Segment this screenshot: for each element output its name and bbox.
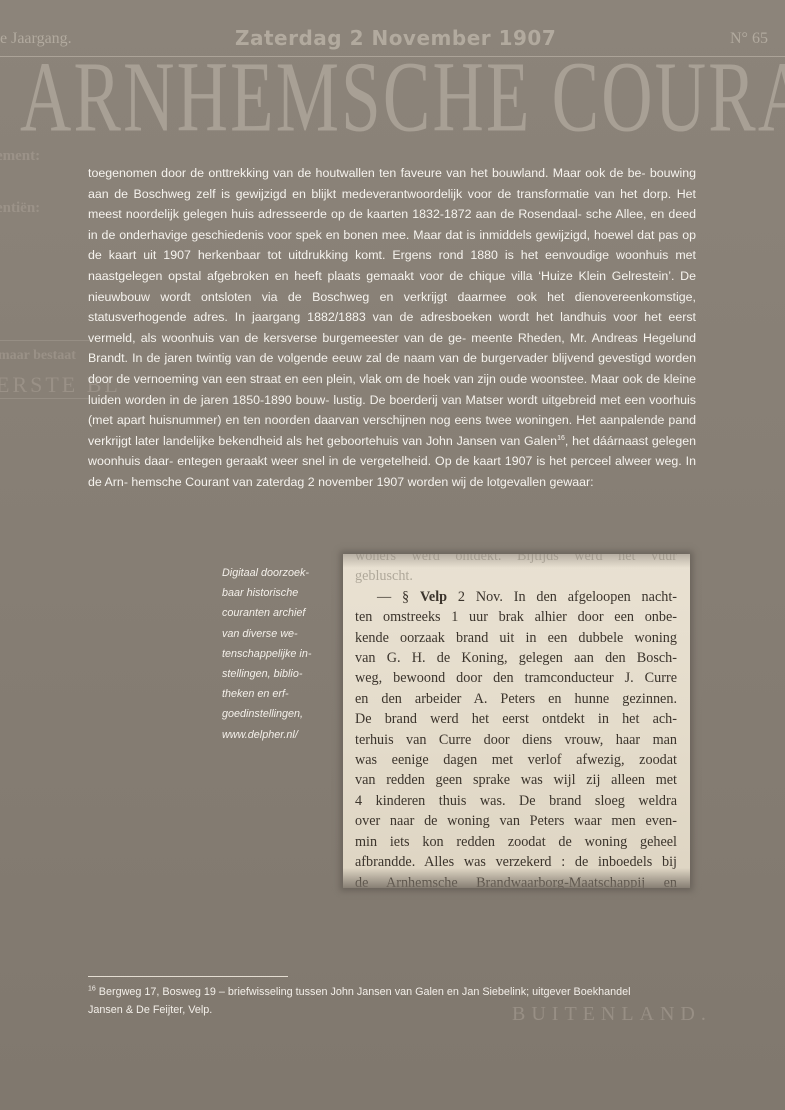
footnote-separator bbox=[88, 976, 288, 977]
clipping-line: was eenige dagen met verlof afwezig, zoo… bbox=[355, 750, 677, 770]
clipping-line: weg, bewoond door den tramconducteur J. … bbox=[355, 668, 677, 688]
clipping-line: kende oorzaak brand uit in een dubbele w… bbox=[355, 628, 677, 648]
clipping-edge-shadow bbox=[343, 554, 690, 568]
clipping-line: min iets kon redden zoodat de woning geh… bbox=[355, 832, 677, 852]
footnote-line: 16 Bergweg 17, Bosweg 19 – briefwisselin… bbox=[88, 983, 698, 1001]
clipping-section-mark: — § bbox=[377, 589, 409, 605]
clipping-place: Velp bbox=[420, 589, 447, 605]
sidenote-line: couranten archief bbox=[222, 603, 340, 623]
sidenote-line: theken en erf- bbox=[222, 684, 340, 704]
clipping-line: ten omstreeks 1 uur brak alhier door een… bbox=[355, 607, 677, 627]
newspaper-clipping-image: woners werd ontdekt. Bijtijds werd het v… bbox=[343, 554, 690, 888]
clipping-edge-shadow bbox=[343, 868, 690, 888]
background-fragment: entiën: bbox=[0, 200, 40, 217]
sidenote-line: baar historische bbox=[222, 583, 340, 603]
background-rule bbox=[0, 398, 90, 399]
body-line: toegenomen door de onttrekking van de ho… bbox=[88, 166, 646, 180]
clipping-line: van G. H. de Koning, gelegen aan den Bos… bbox=[355, 648, 677, 668]
clipping-line: en den arbeider A. Peters en hunne gezin… bbox=[355, 689, 677, 709]
footnote-text: Bergweg 17, Bosweg 19 – briefwisseling t… bbox=[96, 986, 631, 998]
sidenote-url[interactable]: www.delpher.nl/ bbox=[222, 725, 340, 745]
footnote-reference[interactable]: 16 bbox=[557, 435, 565, 442]
clipping-line: terhuis van Curre door diens vrouw, haar… bbox=[355, 730, 677, 750]
sidenote-line: van diverse we- bbox=[222, 624, 340, 644]
footnote-line: Jansen & De Feijter, Velp. bbox=[88, 1001, 698, 1019]
sidenote-line: goedinstellingen, bbox=[222, 704, 340, 724]
clipping-line: De brand werd het eerst ontdekt in het a… bbox=[355, 709, 677, 729]
clipping-text: woners werd ontdekt. Bijtijds werd het v… bbox=[355, 554, 677, 888]
sidenote-line: tenschappelijke in- bbox=[222, 644, 340, 664]
body-line: hemsche Courant van zaterdag 2 november … bbox=[131, 475, 593, 489]
clipping-lead-line: — § Velp 2 Nov. In den afgeloopen nacht- bbox=[355, 587, 677, 607]
background-fragment: ement: bbox=[0, 148, 40, 165]
footnote-number: 16 bbox=[88, 985, 96, 992]
clipping-faded-line: gebluscht. bbox=[355, 566, 677, 586]
clipping-line: van redden geen sprake was wijl zij alle… bbox=[355, 770, 677, 790]
clipping-line: over naar de woning van Peters waar men … bbox=[355, 811, 677, 831]
sidenote-line: stellingen, biblio- bbox=[222, 664, 340, 684]
page-background: e Jaargang. Zaterdag 2 November 1907 N° … bbox=[0, 0, 785, 1110]
clipping-lead-rest: 2 Nov. In den afgeloopen nacht- bbox=[458, 589, 677, 605]
background-fragment: maar bestaat bbox=[0, 348, 76, 364]
clipping-line: 4 kinderen thuis was. De brand sloeg wel… bbox=[355, 791, 677, 811]
background-newspaper-title: ARNHEMSCHE COURANT. bbox=[20, 60, 582, 134]
body-paragraph: toegenomen door de onttrekking van de ho… bbox=[88, 163, 696, 493]
background-rule bbox=[0, 340, 90, 341]
sidenote-line: Digitaal doorzoek- bbox=[222, 563, 340, 583]
sidenote-caption: Digitaal doorzoek- baar historische cour… bbox=[222, 563, 340, 745]
footnote: 16 Bergweg 17, Bosweg 19 – briefwisselin… bbox=[88, 983, 698, 1019]
body-line: bekendheid als het geboortehuis van John… bbox=[218, 434, 557, 448]
